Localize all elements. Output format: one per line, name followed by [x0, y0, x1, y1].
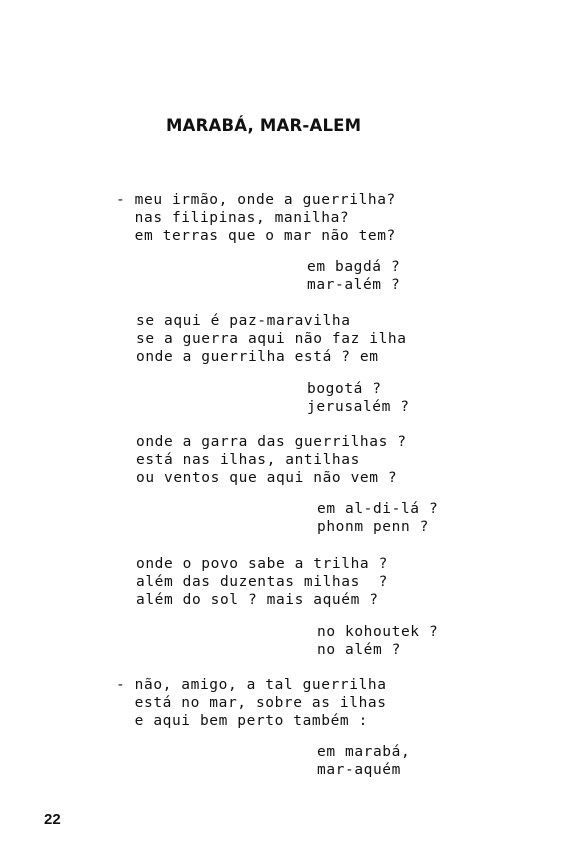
poem-line: em terras que o mar não tem? — [116, 227, 396, 245]
poem-line: onde a guerrilha está ? em — [136, 348, 379, 366]
poem-line: mar-além ? — [307, 276, 400, 294]
poem-line: mar-aquém — [317, 761, 401, 779]
poem-line: no kohoutek ? — [317, 623, 438, 641]
poem-line: onde a garra das guerrilhas ? — [136, 433, 407, 451]
poem-line: - não, amigo, a tal guerrilha — [116, 676, 387, 694]
poem-line: - meu irmão, onde a guerrilha? — [116, 191, 396, 209]
poem-line: se aqui é paz-maravilha — [136, 312, 351, 330]
poem-line: se a guerra aqui não faz ilha — [136, 330, 407, 348]
poem-line: além do sol ? mais aquém ? — [136, 591, 379, 609]
poem-line: está no mar, sobre as ilhas — [116, 694, 387, 712]
poem-line: jerusalém ? — [307, 398, 410, 416]
poem-line: phonm penn ? — [317, 518, 429, 536]
poem-line: bogotá ? — [307, 380, 382, 398]
poem-line: onde o povo sabe a trilha ? — [136, 555, 388, 573]
poem-line: em marabá, — [317, 743, 410, 761]
poem-line: está nas ilhas, antilhas — [136, 451, 360, 469]
poem-line: nas filipinas, manilha? — [116, 209, 349, 227]
poem-line: no além ? — [317, 641, 401, 659]
poem-line: em bagdá ? — [307, 258, 400, 276]
poem-line: além das duzentas milhas ? — [136, 573, 388, 591]
page-number: 22 — [44, 811, 61, 828]
poem-line: ou ventos que aqui não vem ? — [136, 469, 397, 487]
poem-title: MARABÁ, MAR-ALEM — [166, 116, 361, 135]
poem-line: em al-di-lá ? — [317, 500, 438, 518]
poem-line: e aqui bem perto também : — [116, 712, 368, 730]
